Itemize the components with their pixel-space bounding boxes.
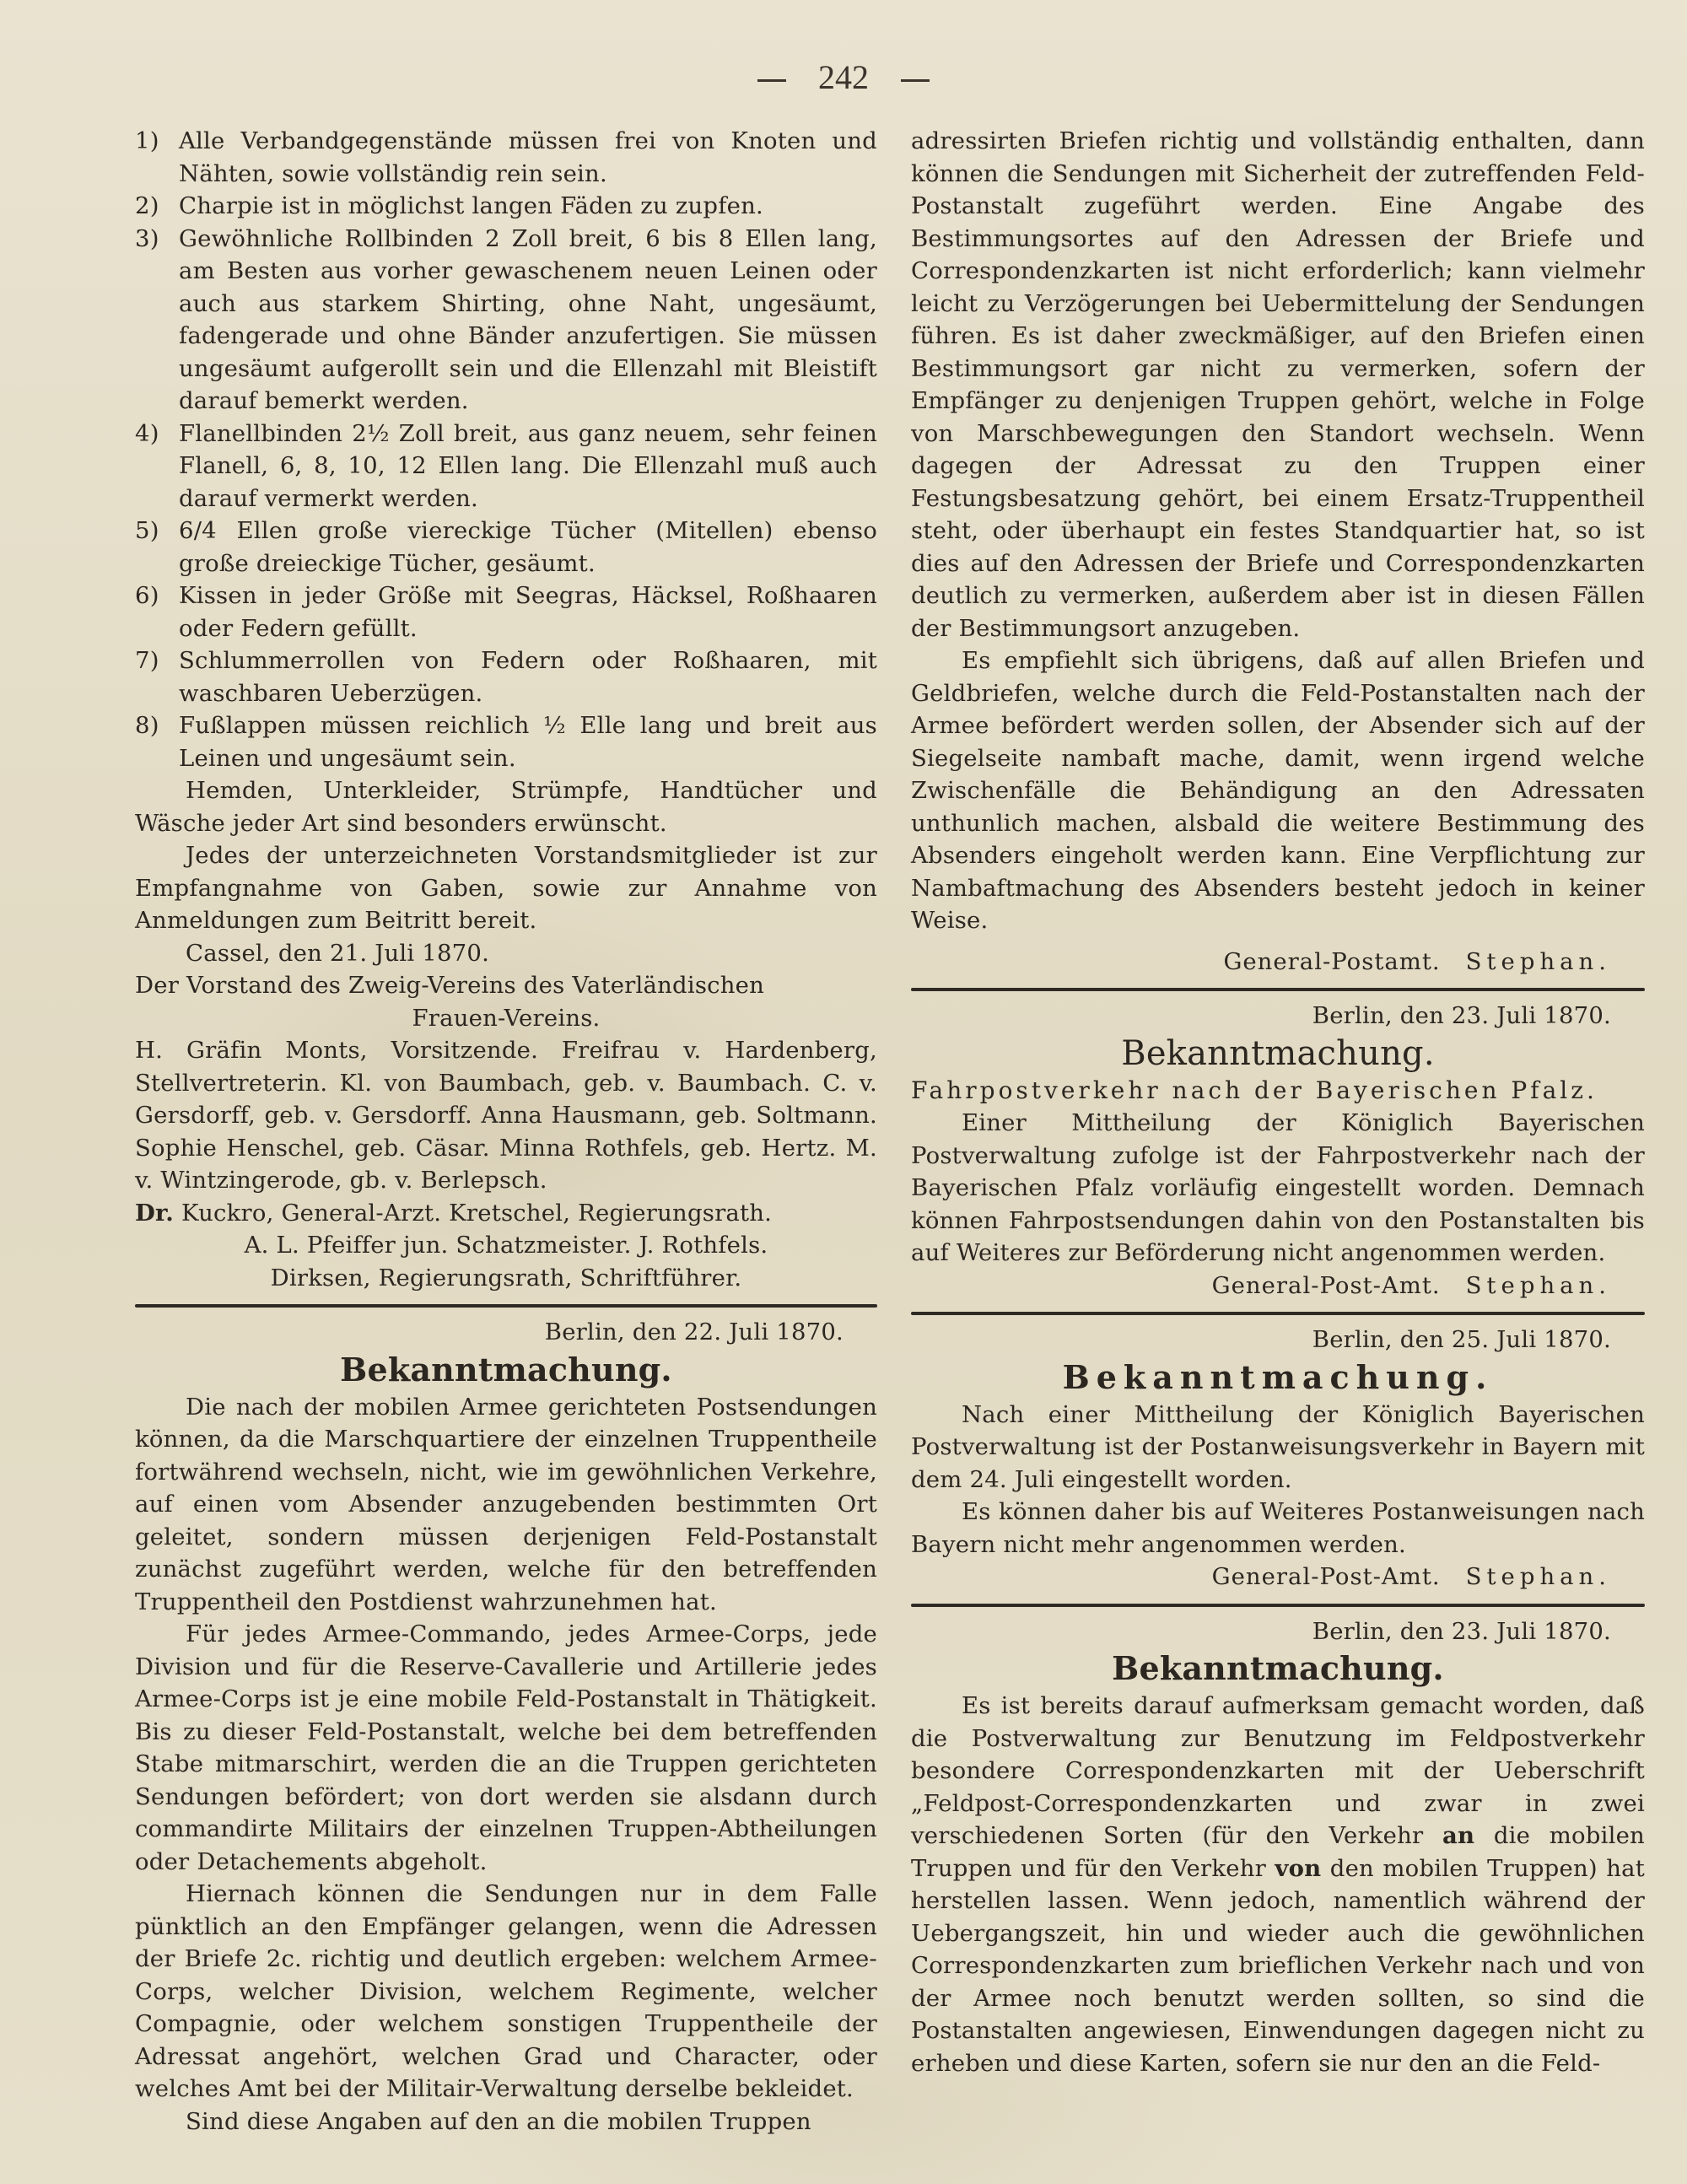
notice-22-july: Berlin, den 22. Juli 1870. Bekanntmachun… <box>135 1316 877 2138</box>
members-paragraph: Jedes der unterzeichneten Vorstandsmitgl… <box>135 839 877 937</box>
signature-name: Stephan. <box>1466 1272 1611 1299</box>
paragraph-text: den mobilen Truppen) hat herstellen lass… <box>911 1855 1645 2077</box>
donation-list: 1)Alle Verbandgegenstände müssen frei vo… <box>135 125 877 774</box>
notice-date: Berlin, den 25. Juli 1870. <box>911 1324 1645 1356</box>
notice-paragraph: Die nach der mobilen Armee gerichteten P… <box>135 1391 877 1619</box>
notice-signature: General-Post-Amt.Stephan. <box>911 1561 1645 1594</box>
list-item-number: 5) <box>135 515 179 580</box>
list-item-text: Alle Verbandgegenstände müssen frei von … <box>179 125 877 190</box>
notice-paragraph: Einer Mittheilung der Königlich Bayerisc… <box>911 1107 1645 1270</box>
board-names-2-text: Kuckro, General-Arzt. Kretschel, Regieru… <box>181 1200 772 1227</box>
notice-heading: Bekanntmachung. <box>135 1349 877 1391</box>
notice-paragraph: Es können daher bis auf Weiteres Postanw… <box>911 1496 1645 1561</box>
list-item-text: 6/4 Ellen große viereckige Tücher (Mitel… <box>179 515 877 580</box>
emphasis-text: an <box>1442 1822 1474 1849</box>
notice-date: Berlin, den 23. Juli 1870. <box>911 1615 1645 1648</box>
signature-office: General-Post-Amt. <box>1212 1272 1441 1299</box>
list-item: 2)Charpie ist in möglichst langen Fäden … <box>135 190 877 223</box>
list-item: 4)Flanellbinden 2½ Zoll breit, aus ganz … <box>135 418 877 515</box>
signature-name: Stephan. <box>1466 948 1611 975</box>
section-divider <box>911 988 1645 991</box>
notice-paragraph: Nach einer Mittheilung der Königlich Bay… <box>911 1399 1645 1496</box>
left-column: 1)Alle Verbandgegenstände müssen frei vo… <box>135 125 877 2138</box>
list-item-text: Schlummerrollen von Federn oder Roßhaare… <box>179 644 877 709</box>
clothing-paragraph: Hemden, Unterkleider, Strümpfe, Handtüch… <box>135 774 877 839</box>
place-date: Cassel, den 21. Juli 1870. <box>135 937 877 970</box>
list-item-text: Kissen in jeder Größe mit Seegras, Häcks… <box>179 580 877 644</box>
notice-paragraph: adressirten Briefen richtig und vollstän… <box>911 125 1645 644</box>
list-item: 3)Gewöhnliche Rollbinden 2 Zoll breit, 6… <box>135 223 877 418</box>
notice-subheading: Fahrpostverkehr nach der Bayerischen Pfa… <box>911 1075 1645 1108</box>
board-names-4: Dirksen, Regierungsrath, Schriftführer. <box>135 1262 877 1295</box>
page-number: 242 <box>0 57 1687 97</box>
list-item-number: 7) <box>135 644 179 709</box>
signature-office: General-Postamt. <box>1223 948 1440 975</box>
notice-paragraph: Es ist bereits darauf aufmerksam gemacht… <box>911 1690 1645 2079</box>
list-item-text: Flanellbinden 2½ Zoll breit, aus ganz ne… <box>179 418 877 515</box>
signature-name: Stephan. <box>1466 1563 1611 1590</box>
notice-22-july-continued: adressirten Briefen richtig und vollstän… <box>911 125 1645 978</box>
notice-heading: Bekanntmachung. <box>911 1356 1645 1399</box>
list-item: 8)Fußlappen müssen reichlich ½ Elle lang… <box>135 709 877 774</box>
right-column: adressirten Briefen richtig und vollstän… <box>911 125 1645 2079</box>
dash-decoration <box>901 79 930 82</box>
emphasis-text: von <box>1275 1855 1321 1882</box>
notice-paragraph: Es empfiehlt sich übrigens, daß auf alle… <box>911 644 1645 937</box>
notice-heading: Bekanntmachung. <box>911 1033 1645 1075</box>
notice-paragraph: Sind diese Angaben auf den an die mobile… <box>135 2106 877 2138</box>
notice-date: Berlin, den 23. Juli 1870. <box>911 1000 1645 1033</box>
dash-decoration <box>757 79 786 82</box>
notice-heading: Bekanntmachung. <box>911 1647 1645 1690</box>
board-title: Der Vorstand des Zweig-Vereins des Vater… <box>135 969 877 1002</box>
signature-office: General-Post-Amt. <box>1212 1563 1441 1590</box>
section-divider <box>911 1312 1645 1315</box>
list-item: 6)Kissen in jeder Größe mit Seegras, Häc… <box>135 580 877 644</box>
list-item-number: 2) <box>135 190 179 223</box>
list-item-text: Charpie ist in möglichst langen Fäden zu… <box>179 190 877 223</box>
dr-prefix: Dr. <box>135 1200 174 1227</box>
list-item-number: 3) <box>135 223 179 418</box>
section-divider <box>911 1604 1645 1607</box>
list-item-number: 6) <box>135 580 179 644</box>
board-title-cont: Frauen-Vereins. <box>135 1002 877 1035</box>
notice-signature: General-Post-Amt.Stephan. <box>911 1270 1645 1302</box>
notice-23-july-pfalz: Berlin, den 23. Juli 1870. Bekanntmachun… <box>911 1000 1645 1302</box>
list-item-number: 4) <box>135 418 179 515</box>
notice-23-july-feldpost: Berlin, den 23. Juli 1870. Bekanntmachun… <box>911 1615 1645 2080</box>
board-names: H. Gräfin Monts, Vorsitzende. Freifrau v… <box>135 1034 877 1197</box>
list-item-text: Fußlappen müssen reichlich ½ Elle lang u… <box>179 709 877 774</box>
list-item: 5)6/4 Ellen große viereckige Tücher (Mit… <box>135 515 877 580</box>
section-divider <box>135 1304 877 1308</box>
list-item-number: 8) <box>135 709 179 774</box>
notice-paragraph: Für jedes Armee-Commando, jedes Armee-Co… <box>135 1618 877 1878</box>
board-names-3: A. L. Pfeiffer jun. Schatzmeister. J. Ro… <box>135 1229 877 1262</box>
list-item-text: Gewöhnliche Rollbinden 2 Zoll breit, 6 b… <box>179 223 877 418</box>
board-names-2: Dr. Kuckro, General-Arzt. Kretschel, Reg… <box>135 1197 877 1230</box>
list-item-number: 1) <box>135 125 179 190</box>
page-number-text: 242 <box>818 58 869 96</box>
notice-paragraph: Hiernach können die Sendungen nur in dem… <box>135 1878 877 2106</box>
list-item: 1)Alle Verbandgegenstände müssen frei vo… <box>135 125 877 190</box>
list-item: 7)Schlummerrollen von Federn oder Roßhaa… <box>135 644 877 709</box>
notice-25-july: Berlin, den 25. Juli 1870. Bekanntmachun… <box>911 1324 1645 1594</box>
notice-date: Berlin, den 22. Juli 1870. <box>135 1316 877 1349</box>
notice-signature: General-Postamt.Stephan. <box>911 946 1645 979</box>
